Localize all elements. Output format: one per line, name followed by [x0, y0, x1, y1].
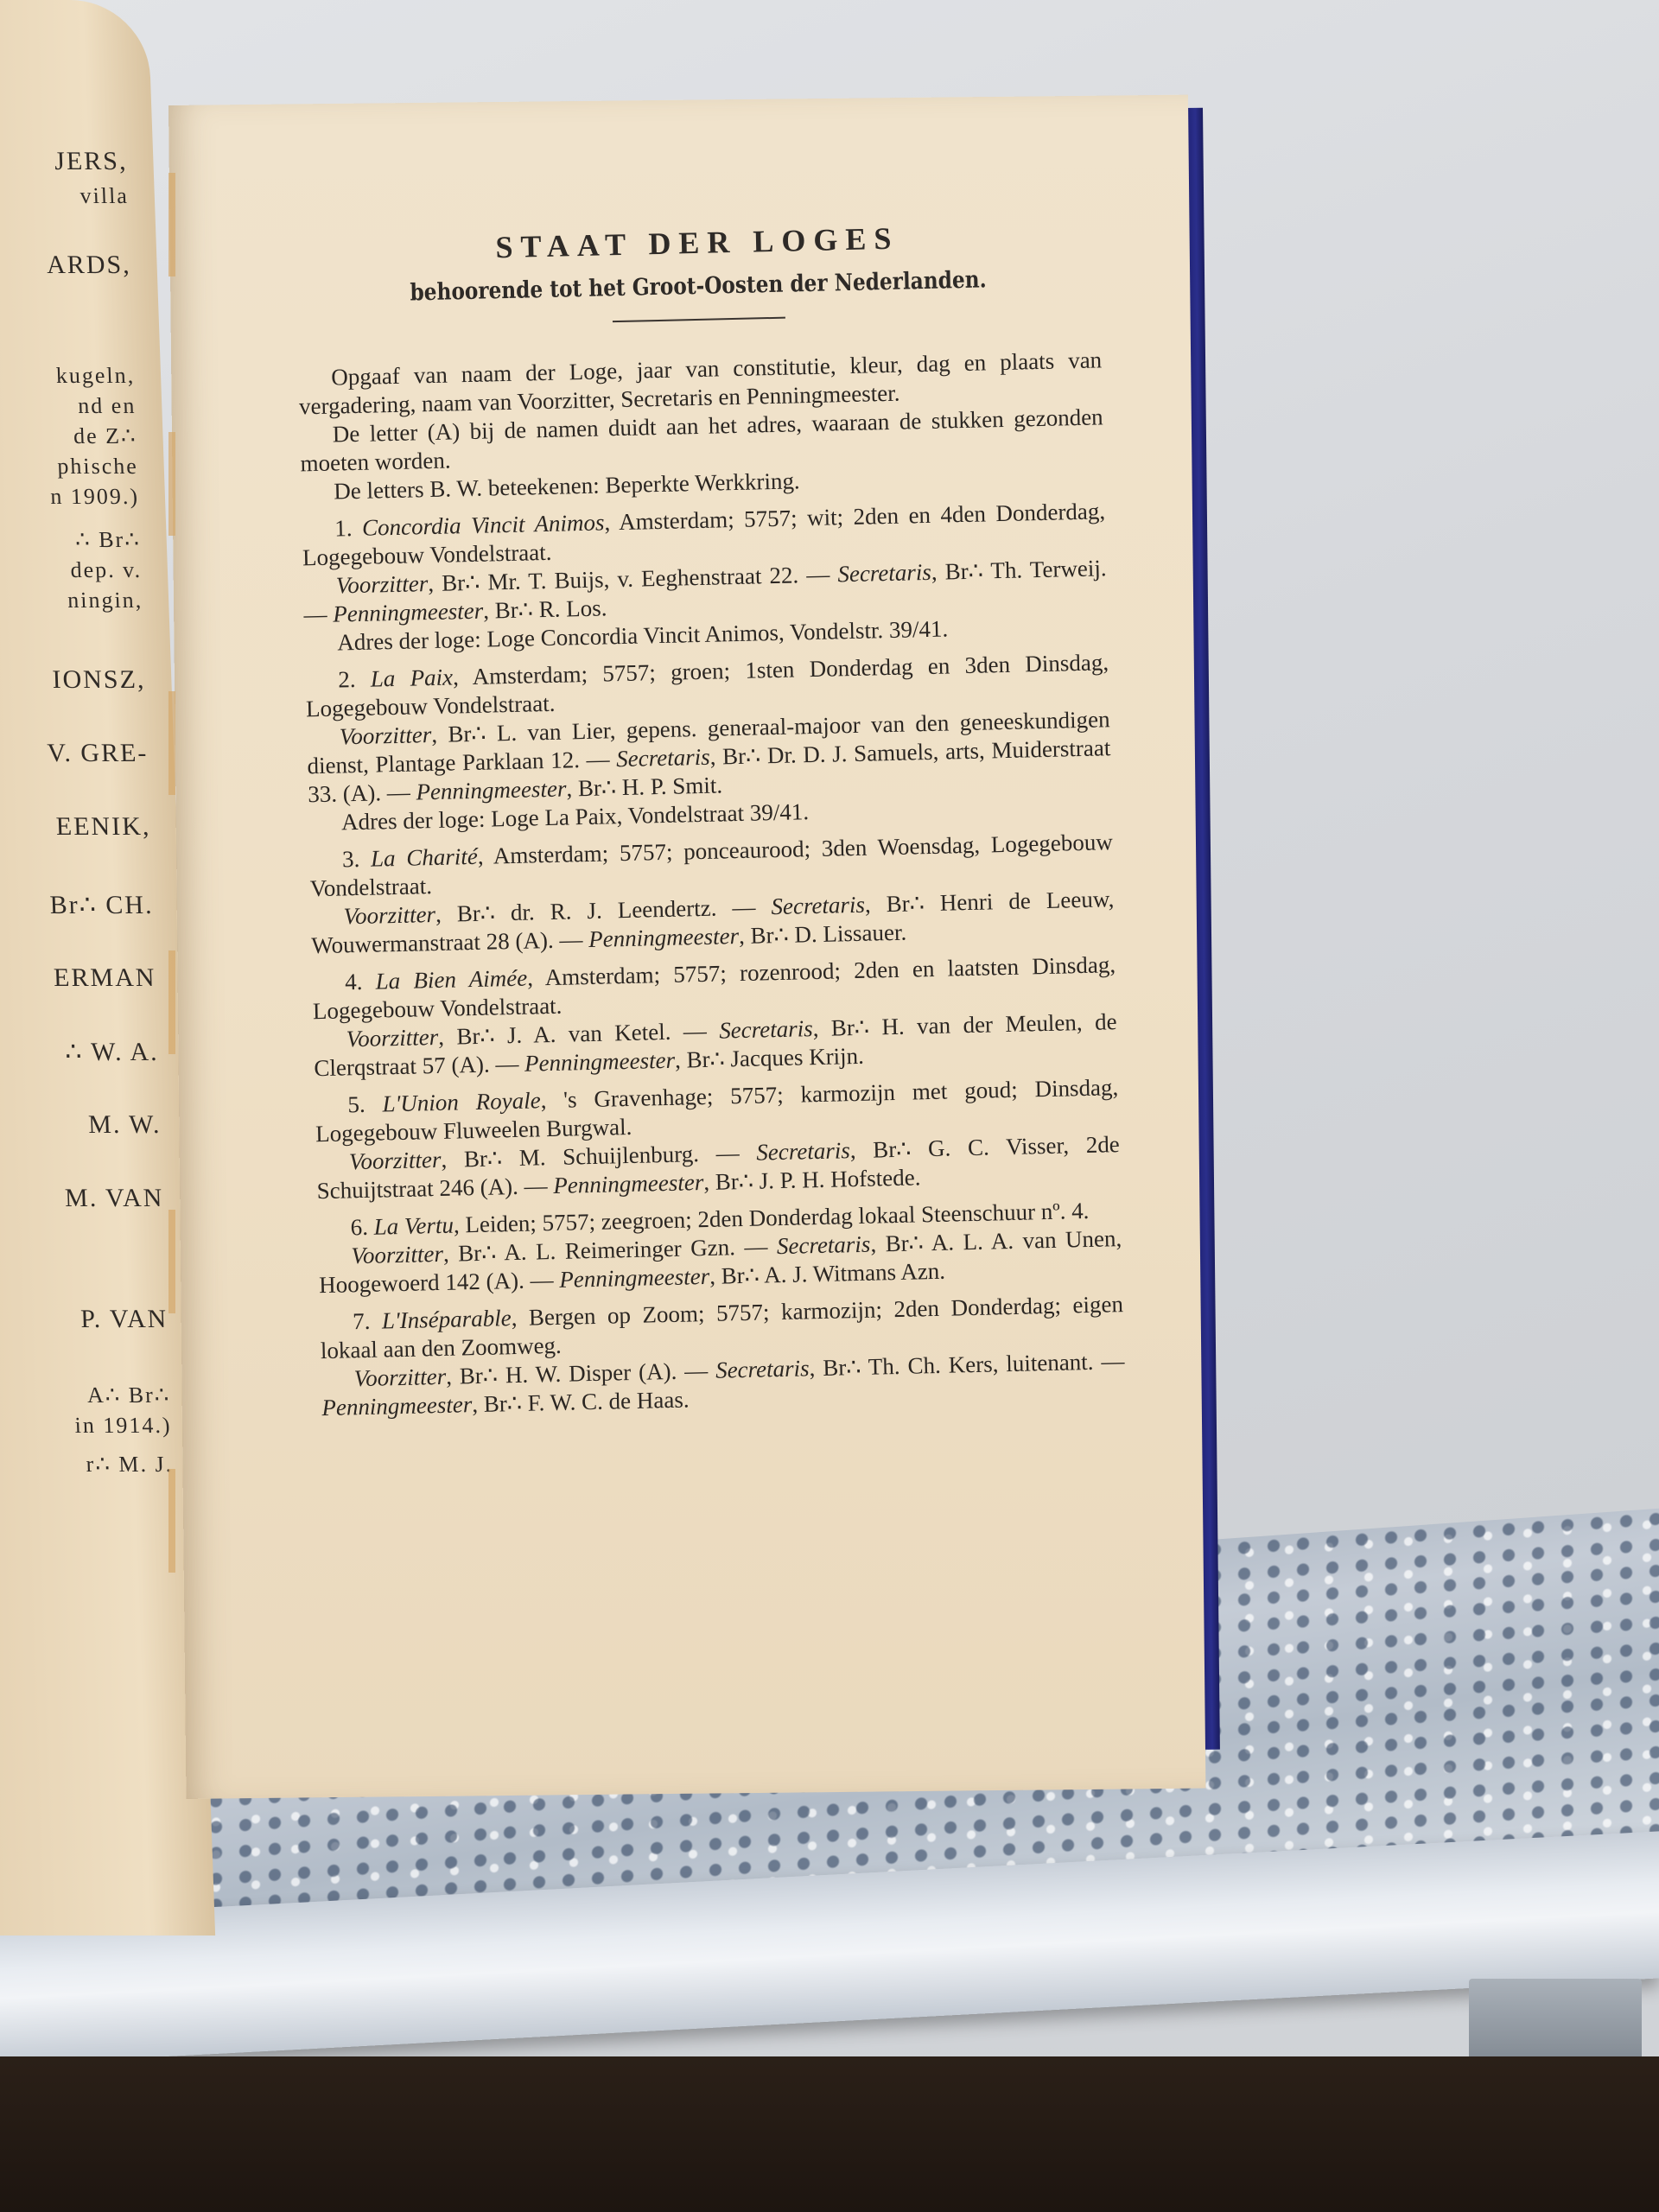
lodge-name: L'Union Royale [382, 1087, 541, 1116]
label-voorzitter: Voorzitter [346, 1024, 438, 1052]
voorzitter-value: , Br∴ J. A. van Ketel. — [438, 1018, 720, 1050]
penningmeester-value: , Br∴ H. P. Smit. [566, 772, 722, 801]
label-penningmeester: Penningmeester [524, 1047, 676, 1077]
label-secretaris: Secretaris [715, 1355, 810, 1382]
left-fragment: M. W. [88, 1110, 162, 1140]
left-fragment: phische [57, 454, 138, 480]
left-fragment: villa [79, 183, 129, 209]
binding-stitch [168, 173, 175, 1642]
right-page: STAAT DER LOGES behoorende tot het Groot… [168, 95, 1205, 1799]
left-fragment: IONSZ, [52, 665, 146, 695]
lodge-entry-3: 3. La Charité, Amsterdam; 5757; ponceaur… [309, 828, 1116, 960]
left-fragment: A∴ Br∴ [86, 1382, 170, 1408]
label-penningmeester: Penningmeester [588, 923, 740, 952]
lodge-entry-5: 5. L'Union Royale, 's Gravenhage; 5757; … [315, 1073, 1121, 1205]
label-voorzitter: Voorzitter [351, 1241, 443, 1268]
left-fragment: ∴ W. A. [65, 1037, 159, 1067]
left-fragment: n 1909.) [50, 484, 140, 510]
label-secretaris: Secretaris [777, 1231, 871, 1259]
label-secretaris: Secretaris [616, 744, 710, 772]
lodge-number: 7. [353, 1308, 371, 1334]
voorzitter-value: , Br∴ dr. R. J. Leendertz. — [435, 893, 772, 927]
label-penningmeester: Penningmeester [333, 598, 484, 627]
lodge-name: La Charité [371, 843, 478, 872]
label-voorzitter: Voorzitter [349, 1147, 442, 1174]
left-fragment: Br∴ CH. [49, 890, 154, 920]
title-rule [613, 317, 785, 323]
left-fragment: ningin, [67, 588, 143, 613]
left-fragment: M. VAN [64, 1184, 163, 1213]
label-voorzitter: Voorzitter [353, 1363, 446, 1391]
left-fragment: nd en [78, 393, 137, 419]
label-penningmeester: Penningmeester [553, 1169, 704, 1198]
secretaris-value: , Br∴ Th. Ch. Kers, luitenant. — [809, 1348, 1124, 1381]
left-fragment: ∴ Br∴ [75, 527, 142, 553]
lodge-entry-1: 1. Concordia Vincit Animos, Amsterdam; 5… [302, 497, 1109, 658]
lodge-entry-7: 7. L'Inséparable, Bergen op Zoom; 5757; … [320, 1290, 1126, 1422]
lodge-name: La Bien Aimée [375, 965, 527, 995]
label-voorzitter: Voorzitter [343, 901, 435, 929]
lodge-number: 4. [345, 969, 363, 995]
lodge-number: 5. [347, 1091, 365, 1117]
voorzitter-value: , Br∴ A. L. Reimeringer Gzn. — [443, 1233, 778, 1267]
lodge-number: 2. [338, 666, 356, 692]
left-fragment: dep. v. [70, 557, 142, 583]
page-subtitle: behoorende tot het Groot-Oosten der Nede… [353, 265, 1044, 308]
voorzitter-value: , Br∴ M. Schuijlenburg. — [441, 1140, 757, 1173]
penningmeester-value: , Br∴ F. W. C. de Haas. [472, 1386, 690, 1417]
page-title: STAAT DER LOGES [296, 215, 1100, 270]
lodge-entry-2: 2. La Paix, Amsterdam; 5757; groen; 1ste… [305, 648, 1112, 837]
label-secretaris: Secretaris [756, 1137, 850, 1165]
left-fragment: de Z∴ [73, 423, 138, 449]
lodge-entry-4: 4. La Bien Aimée, Amsterdam; 5757; rozen… [312, 950, 1118, 1083]
label-penningmeester: Penningmeester [321, 1391, 473, 1421]
lodge-name: La Vertu [373, 1212, 454, 1240]
left-fragment: JERS, [54, 147, 128, 176]
left-fragment: in 1914.) [74, 1413, 172, 1439]
label-voorzitter: Voorzitter [339, 721, 431, 749]
left-fragment: ARDS, [46, 251, 131, 280]
lodge-entry-6: 6. La Vertu, Leiden; 5757; zeegroen; 2de… [317, 1196, 1122, 1300]
lodge-name: Concordia Vincit Animos [362, 509, 605, 540]
penningmeester-value: , Br∴ J. P. H. Hofstede. [703, 1164, 921, 1195]
penningmeester-value: , Br∴ R. Los. [483, 594, 607, 623]
label-secretaris: Secretaris [771, 892, 865, 919]
page-content: STAAT DER LOGES behoorende tot het Groot… [296, 215, 1126, 1422]
label-penningmeester: Penningmeester [416, 776, 567, 805]
penningmeester-value: , Br∴ D. Lissauer. [739, 919, 907, 949]
left-fragment: ERMAN [53, 963, 156, 993]
lodge-number: 6. [350, 1214, 368, 1240]
label-penningmeester: Penningmeester [559, 1263, 710, 1293]
floor [0, 2056, 1659, 2212]
left-fragment: P. VAN [80, 1305, 168, 1334]
lodge-number: 1. [334, 515, 353, 541]
lodge-name: La Paix [370, 664, 453, 691]
left-fragment: V. GRE- [47, 739, 149, 768]
label-secretaris: Secretaris [837, 559, 931, 587]
left-fragment: kugeln, [55, 363, 135, 389]
penningmeester-value: , Br∴ Jacques Krijn. [675, 1043, 865, 1073]
label-secretaris: Secretaris [719, 1015, 813, 1043]
penningmeester-value: , Br∴ A. J. Witmans Azn. [709, 1258, 945, 1289]
label-voorzitter: Voorzitter [335, 570, 428, 598]
voorzitter-value: , Br∴ H. W. Disper (A). — [446, 1357, 716, 1389]
lodge-number: 3. [342, 846, 360, 872]
left-fragment: r∴ M. J. [86, 1452, 173, 1478]
left-fragment: EENIK, [55, 812, 151, 842]
lodge-name: L'Inséparable [382, 1305, 512, 1333]
